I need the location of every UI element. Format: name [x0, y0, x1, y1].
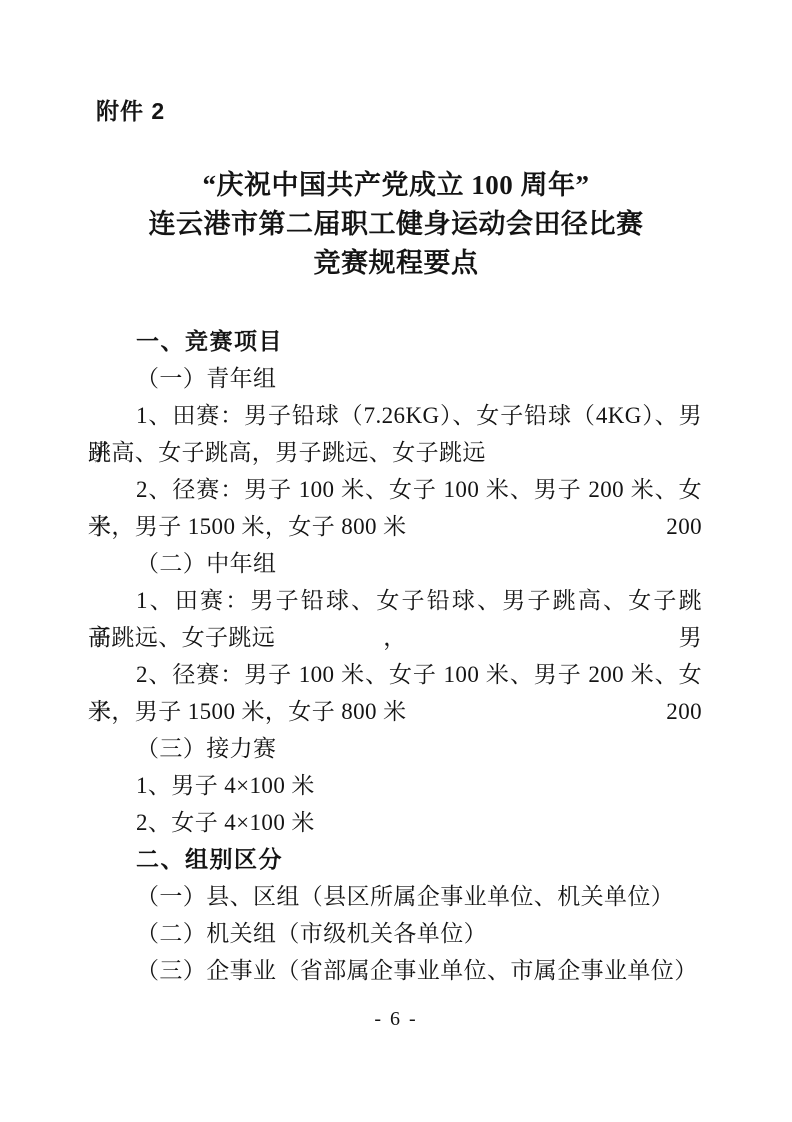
title-line-1: “庆祝中国共产党成立 100 周年” [0, 166, 792, 205]
body-line: 1、男子 4×100 米 [88, 767, 702, 804]
body-line: （二）机关组（市级机关各单位） [88, 915, 702, 952]
subsection-relay: （三）接力赛 [88, 730, 702, 767]
body-line: （一）县、区组（县区所属企事业单位、机关单位） [88, 878, 702, 915]
section-heading-2: 二、组别区分 [88, 841, 702, 878]
body-line: 1、田赛：男子铅球、女子铅球、男子跳高、女子跳高，男 [88, 582, 702, 619]
attachment-label: 附件 2 [96, 96, 165, 126]
subsection-middle-group: （二）中年组 [88, 545, 702, 582]
document-title: “庆祝中国共产党成立 100 周年” 连云港市第二届职工健身运动会田径比赛 竞赛… [0, 166, 792, 283]
body-line: 2、径赛：男子 100 米、女子 100 米、男子 200 米、女子 200 [88, 471, 702, 508]
body-line: 跳高、女子跳高，男子跳远、女子跳远 [88, 434, 702, 471]
title-line-2: 连云港市第二届职工健身运动会田径比赛 [0, 205, 792, 244]
page-number: - 6 - [0, 1004, 792, 1034]
subsection-youth-group: （一）青年组 [88, 360, 702, 397]
body-line: 1、田赛：男子铅球（7.26KG）、女子铅球（4KG）、男子 [88, 397, 702, 434]
body-line: 2、女子 4×100 米 [88, 804, 702, 841]
title-line-3: 竞赛规程要点 [0, 244, 792, 283]
document-body: 一、竞赛项目 （一）青年组 1、田赛：男子铅球（7.26KG）、女子铅球（4KG… [88, 323, 702, 989]
section-heading-1: 一、竞赛项目 [88, 323, 702, 360]
body-line: 2、径赛：男子 100 米、女子 100 米、男子 200 米、女子 200 [88, 656, 702, 693]
body-line: （三）企事业（省部属企事业单位、市属企事业单位） [88, 952, 702, 989]
document-page: 附件 2 “庆祝中国共产党成立 100 周年” 连云港市第二届职工健身运动会田径… [0, 0, 792, 1122]
